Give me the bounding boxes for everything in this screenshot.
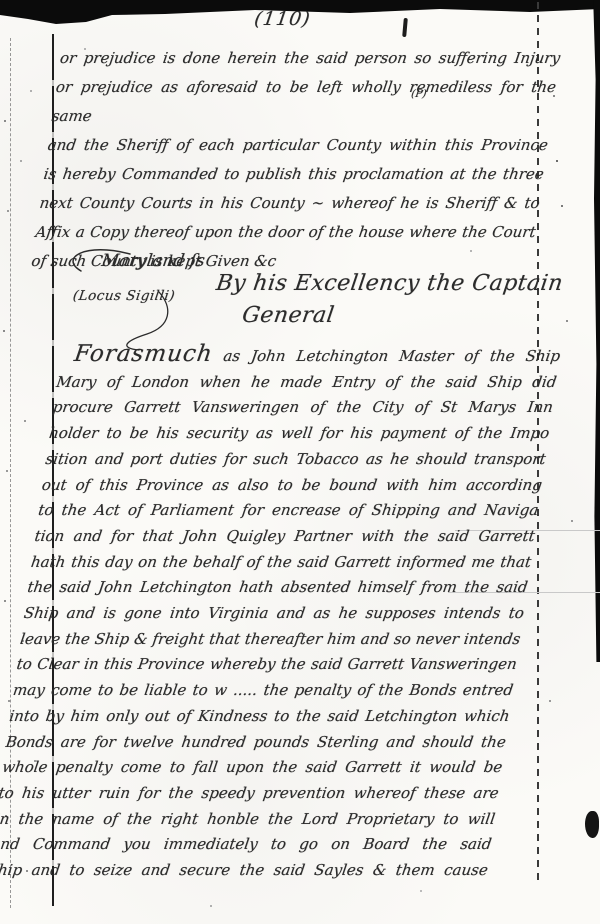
manuscript-line: out of this Province as also to be bound…	[40, 473, 544, 499]
scan-edge-right	[592, 0, 600, 662]
manuscript-line: Forasmuch as John Letchington Master of …	[58, 342, 562, 370]
manuscript-line: the said John Letchington hath absented …	[26, 575, 530, 601]
manuscript-line: Bonds are for twelve hundred pounds Ster…	[4, 730, 508, 756]
manuscript-line: and the Sheriff of each particular Count…	[46, 131, 550, 160]
manuscript-line: next County Courts in his County ~ where…	[38, 189, 542, 218]
ink-mark	[402, 18, 408, 37]
manuscript-line: hath this day on the behalf of the said …	[29, 550, 533, 576]
manuscript-line: to the Act of Parliament for encrease of…	[36, 498, 540, 524]
manuscript-line: Ship and is gone into Virginia and as he…	[22, 601, 526, 627]
manuscript-line: may come to be liable to w ..... the pen…	[11, 678, 515, 704]
paper-speckles	[0, 0, 2, 2]
manuscript-line: tion and for that John Quigley Partner w…	[33, 524, 537, 550]
manuscript-line: or prejudice as aforesaid to be left who…	[50, 73, 558, 131]
manuscript-line: procure Garrett Vansweringen of the City…	[51, 395, 555, 421]
manuscript-line: sition and port duties for such Tobacco …	[44, 447, 548, 473]
manuscript-line: Ship and to seize and secure the said Sa…	[0, 858, 489, 884]
manuscript-line: or prejudice is done herein the said per…	[58, 44, 562, 73]
manuscript-line: is hereby Commanded to publish this proc…	[42, 160, 546, 189]
manuscript-line: leave the Ship & freight that thereafter…	[18, 627, 522, 653]
proclamation-heading-line2: General	[240, 303, 335, 328]
sidenote-region-label: Maryland ſs	[100, 251, 206, 271]
manuscript-line: whole penalty come to fall upon the said…	[0, 755, 504, 781]
page-number: (110)	[253, 8, 312, 30]
manuscript-page: (110) or prejudice is done herein the sa…	[0, 0, 600, 924]
manuscript-line: into by him only out of Kindness to the …	[8, 704, 512, 730]
manuscript-line: to Clear in this Province whereby the sa…	[15, 652, 519, 678]
insertion-mark: (P)	[410, 88, 427, 100]
manuscript-line: in the name of the right honble the Lord…	[0, 807, 497, 833]
locus-sigilli-note: (Locus Sigilli)	[72, 288, 176, 304]
paragraph-lead-word: Forasmuch	[72, 341, 214, 367]
ink-blot	[585, 811, 599, 838]
manuscript-line: Mary of London when he made Entry of the…	[54, 370, 558, 396]
proclamation-heading-line1: By his Excellency the Captain	[214, 271, 564, 296]
manuscript-line: and Command you immediately to go on Boa…	[0, 832, 493, 858]
body-paragraph: Forasmuch as John Letchington Master of …	[0, 342, 562, 884]
manuscript-line: holder to be his security as well for hi…	[47, 421, 551, 447]
manuscript-line: to his utter ruin for the speedy prevent…	[0, 781, 500, 807]
manuscript-line-text: as John Letchington Master of the Ship	[222, 347, 561, 365]
